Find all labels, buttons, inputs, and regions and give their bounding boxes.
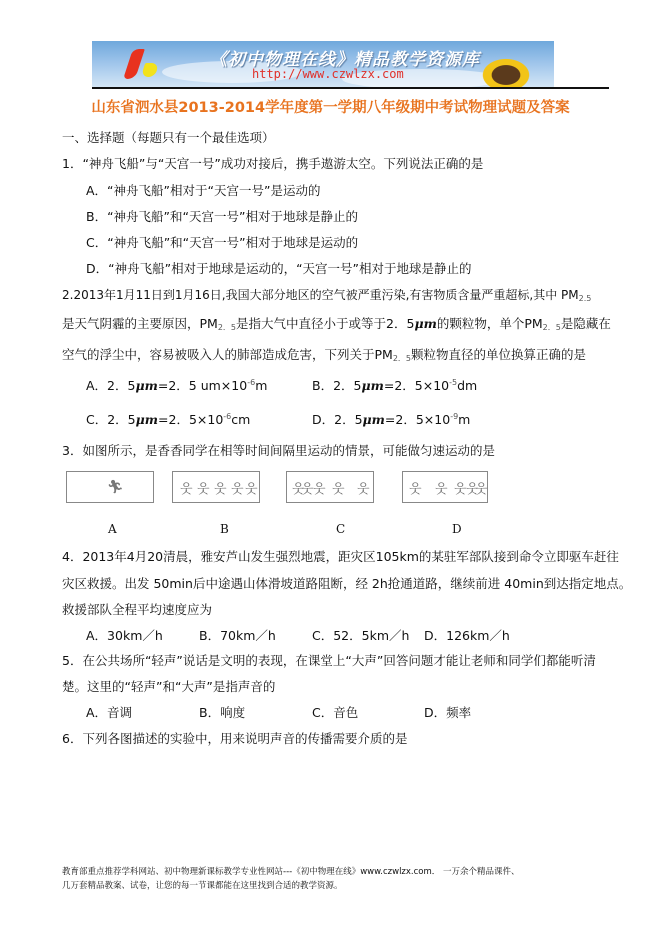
text: 颗粒物直径的单位换算正确的是 bbox=[411, 347, 586, 362]
document-title: 山东省泗水县2013-2014学年度第一学期八年级期中考试物理试题及答案 bbox=[0, 96, 661, 117]
question-4-stem-line-1: 4．2013年4月20清晨，雅安芦山发生强烈地震，距灾区105km的某驻军部队接… bbox=[62, 547, 619, 565]
question-4-option-d: D．126km／h bbox=[424, 626, 510, 644]
question-5-option-d: D．频率 bbox=[424, 703, 471, 721]
question-2-stem-line-3: 空气的浮尘中，容易被吸入人的肺部造成危害，下列关于PM2．5颗粒物直径的单位换算… bbox=[62, 345, 586, 364]
unit: μm bbox=[361, 378, 383, 393]
text: m bbox=[255, 378, 267, 393]
logo-icon-secondary bbox=[141, 63, 160, 77]
section-heading: 一、选择题（每题只有一个最佳选项） bbox=[62, 128, 275, 146]
figure-c-label: C bbox=[336, 522, 345, 536]
subscript: 2．5 bbox=[393, 354, 411, 363]
exponent: -6 bbox=[247, 378, 255, 387]
unit: μm bbox=[135, 378, 157, 393]
unit: μm bbox=[136, 412, 158, 427]
unit: μm bbox=[363, 412, 385, 427]
runner-icon: 웃 bbox=[301, 478, 314, 497]
figure-b: 웃 웃 웃 웃 웃 bbox=[172, 471, 260, 503]
question-2-option-b: B．2．5μm=2．5×10-5dm bbox=[312, 376, 477, 394]
text: 空气的浮尘中，容易被吸入人的肺部造成危害，下列关于PM bbox=[62, 347, 393, 362]
question-5-option-a: A．音调 bbox=[86, 703, 132, 721]
runner-icon: 웃 bbox=[357, 478, 370, 497]
footer-line-1: 教育部重点推荐学科网站、初中物理新课标教学专业性网站---《初中物理在线》www… bbox=[62, 865, 519, 877]
text: =2．5×10 bbox=[158, 412, 223, 427]
question-2-option-d: D．2．5μm=2．5×10-9m bbox=[312, 410, 470, 428]
runner-icon: 웃 bbox=[475, 478, 488, 497]
runner-icon: 웃 bbox=[454, 478, 467, 497]
text: cm bbox=[231, 412, 250, 427]
text: B．2．5 bbox=[312, 378, 361, 393]
exponent: -9 bbox=[450, 412, 458, 421]
banner-url-link[interactable]: http://www.czwlzx.com bbox=[252, 67, 404, 81]
sunflower-icon bbox=[480, 57, 532, 87]
runner-icon: 웃 bbox=[197, 478, 210, 497]
question-2-option-a: A．2．5μm=2．5 um×10-6m bbox=[86, 376, 267, 394]
runner-icon: 웃 bbox=[313, 478, 326, 497]
text: dm bbox=[457, 378, 477, 393]
text: 的颗粒物，单个PM bbox=[437, 316, 543, 331]
footer-line-2: 几万套精品教案、试卷，让您的每一节课都能在这里找到合适的教学资源。 bbox=[62, 879, 343, 891]
runner-icon: 웃 bbox=[435, 478, 448, 497]
header-divider bbox=[92, 87, 609, 89]
subscript: 2．5 bbox=[218, 323, 236, 332]
question-4-option-b: B．70km／h bbox=[199, 626, 276, 644]
text: D．2．5 bbox=[312, 412, 363, 427]
question-2-stem-line-2: 是天气阴霾的主要原因，PM2．5是指大气中直径小于或等于2．5μm的颗粒物，单个… bbox=[62, 314, 611, 333]
figure-b-label: B bbox=[220, 522, 229, 536]
question-1-option-b: B．“神舟飞船”和“天宫一号”相对于地球是静止的 bbox=[86, 207, 358, 225]
runner-icon: 웃 bbox=[231, 478, 244, 497]
text: 是指大气中直径小于或等于2．5 bbox=[236, 316, 414, 331]
question-4-option-a: A．30km／h bbox=[86, 626, 163, 644]
question-6-stem: 6．下列各图描述的实验中，用来说明声音的传播需要介质的是 bbox=[62, 729, 407, 747]
runner-icon: 웃 bbox=[332, 478, 345, 497]
text: =2．5 um×10 bbox=[158, 378, 247, 393]
text: 2.2013年1月11日到1月16日,我国大部分地区的空气被严重污染,有害物质含… bbox=[62, 288, 579, 302]
question-2-option-c: C．2．5μm=2．5×10-6cm bbox=[86, 410, 250, 428]
question-3-stem: 3．如图所示，是香香同学在相等时间间隔里运动的情景，可能做匀速运动的是 bbox=[62, 441, 495, 459]
header-banner: 《初中物理在线》精品教学资源库 http://www.czwlzx.com bbox=[92, 41, 554, 87]
text: A．2．5 bbox=[86, 378, 135, 393]
question-5-option-b: B．响度 bbox=[199, 703, 245, 721]
figure-c: 웃 웃 웃 웃 웃 bbox=[286, 471, 374, 503]
question-1-option-a: A．“神舟飞船”相对于“天宫一号”是运动的 bbox=[86, 181, 320, 199]
text: C．2．5 bbox=[86, 412, 136, 427]
logo-icon bbox=[123, 49, 145, 79]
figure-a-label: A bbox=[108, 522, 117, 536]
text: 是天气阴霾的主要原因，PM bbox=[62, 316, 218, 331]
question-4-stem-line-3: 救援部队全程平均速度应为 bbox=[62, 600, 212, 618]
question-2-stem-line-1: 2.2013年1月11日到1月16日,我国大部分地区的空气被严重污染,有害物质含… bbox=[62, 286, 591, 303]
question-5-stem-line-1: 5．在公共场所“轻声”说话是文明的表现，在课堂上“大声”回答问题才能让老师和同学… bbox=[62, 651, 596, 669]
figure-d: 웃 웃 웃 웃 웃 bbox=[402, 471, 488, 503]
text: =2．5×10 bbox=[384, 378, 449, 393]
text: =2．5×10 bbox=[385, 412, 450, 427]
question-1-stem: 1．“神舟飞船”与“天宫一号”成功对接后，携手遨游太空。下列说法正确的是 bbox=[62, 154, 483, 172]
runner-icon: 웃 bbox=[180, 478, 193, 497]
runner-icon: 웃 bbox=[214, 478, 227, 497]
crouching-person-icon: 🏃︎ bbox=[107, 480, 124, 495]
runner-icon: 웃 bbox=[409, 478, 422, 497]
question-1-option-d: D．“神舟飞船”相对于地球是运动的，“天宫一号”相对于地球是静止的 bbox=[86, 259, 472, 277]
question-5-option-c: C．音色 bbox=[312, 703, 358, 721]
subscript: 2．5 bbox=[543, 323, 561, 332]
text: m bbox=[458, 412, 470, 427]
question-1-option-c: C．“神舟飞船”和“天宫一号”相对于地球是运动的 bbox=[86, 233, 358, 251]
figure-d-label: D bbox=[452, 522, 462, 536]
question-4-stem-line-2: 灾区救援。出发 50min后中途遇山体滑坡道路阻断，经 2h抢通道路，继续前进 … bbox=[62, 574, 631, 592]
question-4-option-c: C．52．5km／h bbox=[312, 626, 409, 644]
text: 是隐藏在 bbox=[561, 316, 611, 331]
exponent: -5 bbox=[449, 378, 457, 387]
figure-a: 🏃︎ bbox=[66, 471, 154, 503]
unit: μm bbox=[414, 316, 436, 331]
subscript: 2.5 bbox=[579, 294, 592, 303]
runner-icon: 웃 bbox=[245, 478, 258, 497]
question-5-stem-line-2: 楚。这里的“轻声”和“大声”是指声音的 bbox=[62, 677, 275, 695]
